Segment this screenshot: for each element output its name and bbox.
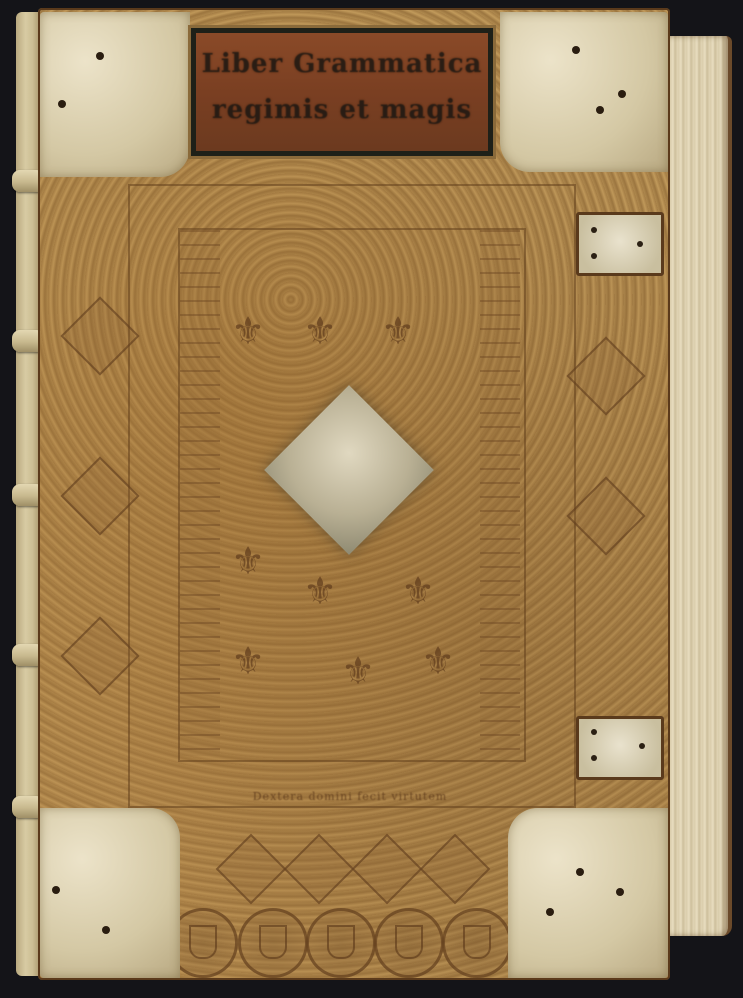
rivet (591, 729, 597, 735)
lozenge-stamp (566, 336, 645, 415)
bottom-tooled-inscription: Dextera domini fecit virtutem (200, 790, 500, 803)
clasp-catch-top (576, 212, 664, 276)
wormhole (96, 52, 104, 60)
title-line-2: regimis et magis (196, 87, 488, 133)
rivet (591, 227, 597, 233)
rivet (639, 743, 645, 749)
wormhole (52, 886, 60, 894)
wormhole (58, 100, 66, 108)
fleuron-stamp: ⚜ (398, 568, 438, 614)
fleuron-stamp: ⚜ (300, 308, 340, 354)
spine (16, 12, 40, 976)
heraldic-medallion (238, 908, 308, 978)
fleuron-stamp: ⚜ (300, 568, 340, 614)
corner-piece-bottom-right (508, 808, 668, 978)
rivet (637, 241, 643, 247)
fleuron-stamp: ⚜ (228, 538, 268, 584)
corner-piece-top-right (500, 12, 668, 172)
wormhole (546, 908, 554, 916)
fleuron-stamp: ⚜ (378, 308, 418, 354)
title-line-1: Liber Grammatica (196, 41, 488, 87)
corner-piece-bottom-left (40, 808, 180, 978)
rivet (591, 253, 597, 259)
bottom-lozenge (352, 834, 423, 905)
bottom-lozenge (420, 834, 491, 905)
bottom-lozenge (284, 834, 355, 905)
roll-border-right (480, 230, 520, 756)
page-fore-edge (662, 36, 732, 936)
corner-piece-top-left (40, 12, 190, 177)
wormhole (102, 926, 110, 934)
fleuron-stamp: ⚜ (418, 638, 458, 684)
bottom-lozenge (216, 834, 287, 905)
wormhole (596, 106, 604, 114)
heraldic-medallion (374, 908, 444, 978)
wormhole (576, 868, 584, 876)
fleuron-stamp: ⚜ (338, 648, 378, 694)
book-photo: ⚜ ⚜ ⚜ ⚜ ⚜ ⚜ ⚜ ⚜ ⚜ (0, 0, 743, 998)
roll-border-left (180, 230, 220, 756)
rivet (591, 755, 597, 761)
heraldic-medallion (306, 908, 376, 978)
wormhole (572, 46, 580, 54)
heraldic-medallion (442, 908, 512, 978)
clasp-catch-bottom (576, 716, 664, 780)
wormhole (616, 888, 624, 896)
lozenge-stamp (566, 476, 645, 555)
title-label: Liber Grammatica regimis et magis (191, 28, 493, 156)
fleuron-stamp: ⚜ (228, 308, 268, 354)
fleuron-stamp: ⚜ (228, 638, 268, 684)
wormhole (618, 90, 626, 98)
